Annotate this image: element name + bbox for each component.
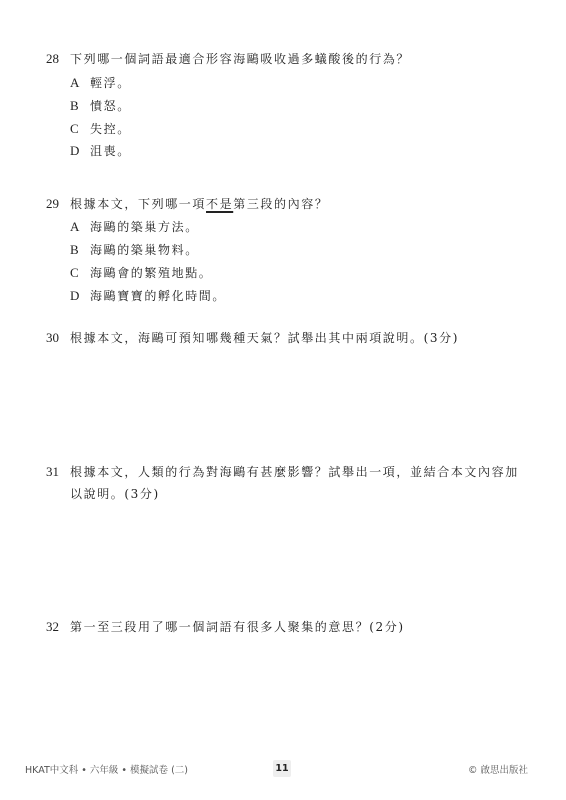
page-number: 11 (273, 760, 291, 777)
question-number: 30 (46, 330, 68, 346)
option-letter: B (70, 242, 79, 258)
question-number: 32 (46, 619, 68, 635)
option-text: 憤怒。 (90, 98, 131, 114)
question-stem-line-2: 以說明。(3分) (70, 486, 160, 502)
option-text: 海鷗的築巢物料。 (90, 242, 199, 258)
option-text: 海鷗的築巢方法。 (90, 219, 199, 235)
option-text: 海鷗寶寶的孵化時間。 (90, 288, 226, 304)
question-stem: 根據本文，下列哪一項不是第三段的內容？ (70, 196, 328, 212)
question-number: 28 (46, 51, 68, 67)
option-letter: D (70, 143, 79, 159)
option-letter: A (70, 219, 79, 235)
footer-publisher: © 啟思出版社 (468, 762, 528, 776)
question-stem: 下列哪一個詞語最適合形容海鷗吸收過多蟻酸後的行為？ (70, 51, 410, 67)
option-letter: D (70, 288, 79, 304)
question-stem-line-1: 根據本文，人類的行為對海鷗有甚麼影響？試舉出一項，並結合本文內容加 (70, 464, 519, 480)
question-stem: 根據本文，海鷗可預知哪幾種天氣？試舉出其中兩項說明。(3分) (70, 330, 459, 346)
option-text: 失控。 (90, 121, 131, 137)
option-letter: B (70, 98, 79, 114)
option-letter: A (70, 75, 79, 91)
page-footer: HKAT中文科 • 六年級 • 模擬試卷 (二) 11 © 啟思出版社 (0, 760, 566, 778)
option-letter: C (70, 265, 79, 281)
option-text: 海鷗會的繁殖地點。 (90, 265, 212, 281)
option-letter: C (70, 121, 79, 137)
stem-before: 根據本文，下列哪一項 (70, 197, 206, 211)
question-number: 31 (46, 464, 68, 480)
option-text: 沮喪。 (90, 143, 131, 159)
stem-emphasis-underlined: 不是 (206, 197, 233, 211)
footer-title: HKAT中文科 • 六年級 • 模擬試卷 (二) (25, 762, 188, 776)
question-stem: 第一至三段用了哪一個詞語有很多人聚集的意思？(2分) (70, 619, 405, 635)
option-text: 輕浮。 (90, 75, 131, 91)
question-number: 29 (46, 196, 68, 212)
stem-after: 第三段的內容？ (233, 197, 328, 211)
